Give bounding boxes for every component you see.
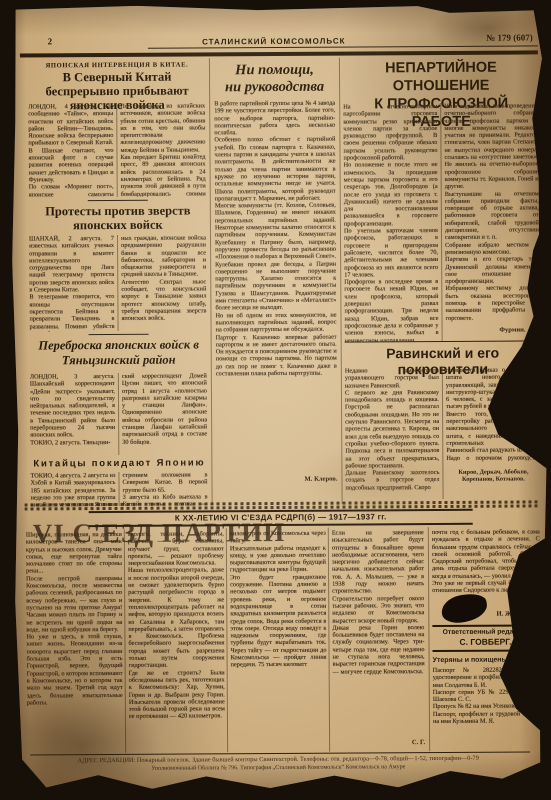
section-rule xyxy=(345,340,541,342)
section-rule xyxy=(89,334,149,335)
article-body-column: ЛОНДОН, 3 августа. Шанхайский корреспонд… xyxy=(30,373,115,456)
article-body-column: Недавно заместителем управляющего горстр… xyxy=(345,367,440,496)
column-divider xyxy=(226,528,228,752)
editor-box: Ответственный редактор С. ГОВБЕРГ. xyxy=(432,624,538,652)
article-body-column: появляется приказ о назначении штата нов… xyxy=(446,366,541,463)
column-divider xyxy=(117,235,119,331)
article-headline-chinese-leave: Китайцы покидают Японию xyxy=(30,457,208,469)
article-body-column: Геологи, техники, лаборанты, рабочие — б… xyxy=(128,530,225,753)
section-divider xyxy=(209,58,213,504)
article-body-column: По сведениям из китайских источников, яп… xyxy=(120,102,206,197)
article-headline-protests: Протесты против зверств японских войск xyxy=(29,203,207,232)
article-headline-no-help: Ни помощи, ни руководства xyxy=(213,62,336,96)
column-divider xyxy=(428,527,430,751)
kicker: ЯПОНСКАЯ ИНТЕРВЕНЦИЯ В КИТАЕ. xyxy=(32,61,202,69)
section-divider xyxy=(339,58,343,504)
article-headline-transfer: Переброска японских войск в Тяньцзинский… xyxy=(30,337,208,367)
section-rule xyxy=(88,200,148,201)
signature: М. Клеров. xyxy=(216,476,337,484)
anniversary-band: К XX-ЛЕТИЮ VI С'ЕЗДА РСДРП(б) — 1917—193… xyxy=(89,509,473,527)
imprint-line2: Уполномоченный Обллита № 796. Типография… xyxy=(88,764,468,773)
newspaper-page: 2 СТАЛИНСКИЙ КОМСОМОЛЬСК № 179 (607) ЯПО… xyxy=(0,0,551,800)
article-body-column: ТОКИО, 4 августа. 2 августа из Хэбэй в К… xyxy=(30,472,115,507)
article-body-column: На отчетно-выборном партсобрании горсове… xyxy=(343,103,438,342)
lost-and-stolen-list: Паспорт № 282282, шоферское удостоверени… xyxy=(433,666,542,751)
page-number: 2 xyxy=(40,36,60,46)
editor-name: С. ГОВБЕРГ. xyxy=(432,636,538,647)
article-body-column: Если на завершение изыскательных работ б… xyxy=(332,529,425,738)
signature: Фурмин. xyxy=(446,326,526,333)
column-divider xyxy=(116,103,118,197)
masthead-title: СТАЛИНСКИЙ КОМСОМОЛЬСК xyxy=(164,36,384,46)
signature: Киров, Деркач, Абобков, Корепанов, Котма… xyxy=(446,468,540,483)
signature: С. Г. xyxy=(333,739,425,747)
issue-number: № 179 (607) xyxy=(428,32,533,43)
column-divider xyxy=(328,528,330,752)
lost-and-stolen-heading: Утеряны и похищены: xyxy=(433,656,539,665)
article-body-column: Ни в подготовке, ни в проведении отчетно… xyxy=(444,102,539,325)
article-body-column: ский корреспондент Домей Цусин пишет, чт… xyxy=(122,372,207,455)
column-divider xyxy=(118,373,120,455)
imprint-line1: АДРЕС РЕДАКЦИИ: Пожарный поселок. Здание… xyxy=(38,755,518,765)
newspaper-scan: 2 СТАЛИНСКИЙ КОМСОМОЛЬСК № 179 (607) ЯПО… xyxy=(0,0,551,800)
column-divider xyxy=(440,103,442,341)
column-divider xyxy=(442,367,444,499)
article-body-column: ШАНХАЙ, 2 августа. 7 известных китайских… xyxy=(29,235,115,332)
article-body-column: ЛОНДОН, 4 августа. По сообщению «Таймс»,… xyxy=(28,103,114,198)
column-divider xyxy=(118,472,119,506)
article-body-column: стрением положения в Северном Китае. В п… xyxy=(122,471,207,506)
article-body-column: В работе партийной группы цеха № 4 завод… xyxy=(214,100,337,473)
article-body-column: ных граждан, японские войска преднамерен… xyxy=(121,234,207,331)
article-body-column: километров от Комсомольска через тайгу. … xyxy=(230,530,327,753)
column-divider xyxy=(124,529,126,753)
masthead-rule-thick xyxy=(20,50,538,57)
article-body-column: Широкая, полноводная, на десятки километ… xyxy=(26,531,123,754)
